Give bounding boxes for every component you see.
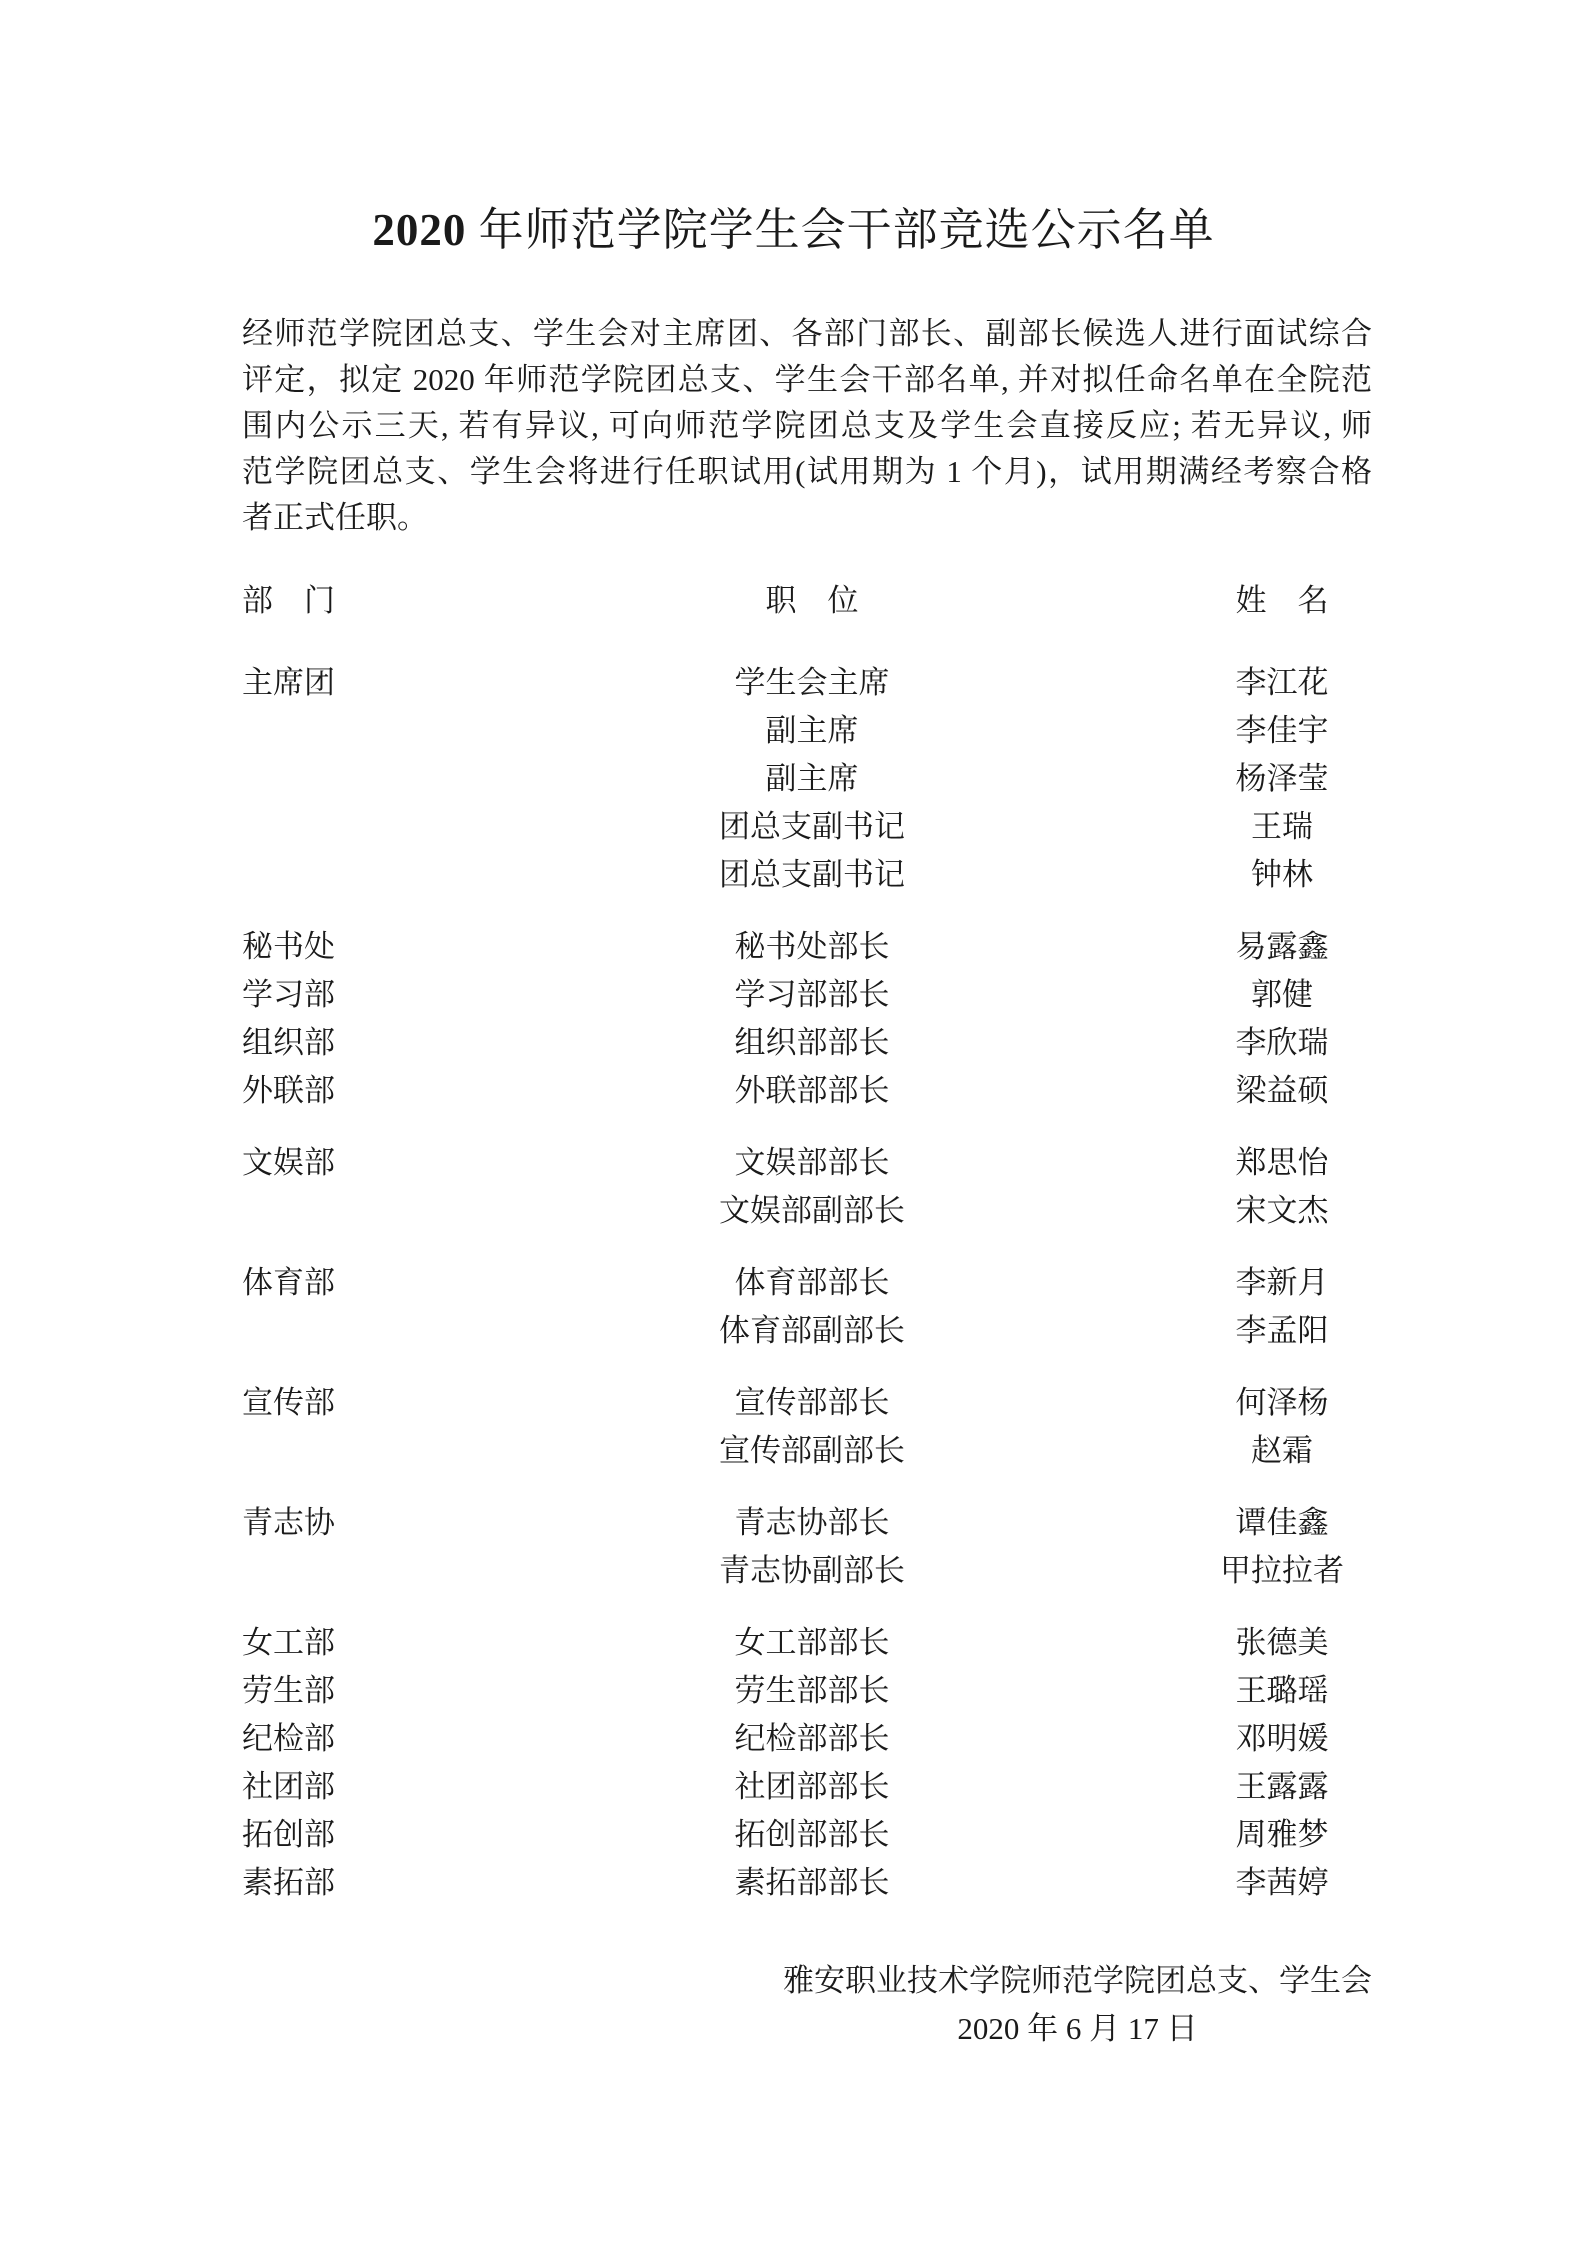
cell-department: 劳生部 (242, 1667, 552, 1715)
cell-name: 赵霜 (1072, 1427, 1492, 1475)
cell-department (242, 1187, 552, 1235)
cell-department (242, 707, 552, 755)
cell-name: 王露露 (1072, 1763, 1492, 1811)
cell-department (242, 803, 552, 851)
col-header-position: 职 位 (552, 577, 1072, 625)
signature-line: 雅安职业技术学院师范学院团总支、学生会 (783, 1957, 1372, 2005)
cell-department: 青志协 (242, 1499, 552, 1547)
cell-name: 李茜婷 (1072, 1859, 1492, 1907)
cell-department: 外联部 (242, 1067, 552, 1115)
cell-position: 青志协副部长 (552, 1547, 1072, 1595)
cell-department (242, 1307, 552, 1355)
cell-name: 宋文杰 (1072, 1187, 1492, 1235)
col-header-name: 姓 名 (1072, 577, 1492, 625)
table-section: 主席团学生会主席李江花副主席李佳宇副主席杨泽莹团总支副书记王瑞团总支副书记钟林 (242, 659, 1587, 899)
intro-paragraph: 经师范学院团总支、学生会对主席团、各部门部长、副部长候选人进行面试综合评定，拟定… (242, 311, 1372, 541)
signature-inner: 雅安职业技术学院师范学院团总支、学生会 2020 年 6 月 17 日 (783, 1957, 1372, 2053)
cell-department (242, 755, 552, 803)
cell-position: 外联部部长 (552, 1067, 1072, 1115)
intro-line: 者正式任职。 (242, 495, 1372, 541)
cell-position: 学习部部长 (552, 971, 1072, 1019)
cell-name: 谭佳鑫 (1072, 1499, 1492, 1547)
cell-department: 宣传部 (242, 1379, 552, 1427)
cell-department: 组织部 (242, 1019, 552, 1067)
cell-position: 劳生部部长 (552, 1667, 1072, 1715)
table-section: 宣传部宣传部部长何泽杨宣传部副部长赵霜 (242, 1379, 1587, 1475)
cell-name: 李佳宇 (1072, 707, 1492, 755)
cell-position: 副主席 (552, 755, 1072, 803)
cell-department: 女工部 (242, 1619, 552, 1667)
roster-table: 部 门 职 位 姓 名 主席团学生会主席李江花副主席李佳宇副主席杨泽莹团总支副书… (242, 577, 1587, 1907)
table-row: 素拓部素拓部部长李茜婷 (242, 1859, 1587, 1907)
cell-name: 易露鑫 (1072, 923, 1492, 971)
table-section: 女工部女工部部长张德美劳生部劳生部部长王璐瑶纪检部纪检部部长邓明媛社团部社团部部… (242, 1619, 1587, 1907)
table-row: 副主席李佳宇 (242, 707, 1587, 755)
table-row: 团总支副书记钟林 (242, 851, 1587, 899)
cell-name: 钟林 (1072, 851, 1492, 899)
cell-position: 女工部部长 (552, 1619, 1072, 1667)
table-row: 女工部女工部部长张德美 (242, 1619, 1587, 1667)
table-row: 体育部体育部部长李新月 (242, 1259, 1587, 1307)
signature-block: 雅安职业技术学院师范学院团总支、学生会 2020 年 6 月 17 日 (242, 1957, 1372, 2053)
cell-position: 体育部副部长 (552, 1307, 1072, 1355)
cell-position: 文娱部部长 (552, 1139, 1072, 1187)
table-section: 文娱部文娱部部长郑思怡文娱部副部长宋文杰 (242, 1139, 1587, 1235)
table-row: 秘书处秘书处部长易露鑫 (242, 923, 1587, 971)
cell-name: 甲拉拉者 (1072, 1547, 1492, 1595)
table-section: 青志协青志协部长谭佳鑫青志协副部长甲拉拉者 (242, 1499, 1587, 1595)
table-row: 纪检部纪检部部长邓明媛 (242, 1715, 1587, 1763)
title-year: 2020 (372, 205, 466, 255)
table-row: 外联部外联部部长梁益硕 (242, 1067, 1587, 1115)
cell-name: 张德美 (1072, 1619, 1492, 1667)
cell-position: 学生会主席 (552, 659, 1072, 707)
cell-department: 文娱部 (242, 1139, 552, 1187)
table-row: 拓创部拓创部部长周雅梦 (242, 1811, 1587, 1859)
cell-department: 主席团 (242, 659, 552, 707)
table-row: 劳生部劳生部部长王璐瑶 (242, 1667, 1587, 1715)
cell-position: 副主席 (552, 707, 1072, 755)
cell-position: 社团部部长 (552, 1763, 1072, 1811)
date-line: 2020 年 6 月 17 日 (783, 2005, 1372, 2053)
table-row: 青志协青志协部长谭佳鑫 (242, 1499, 1587, 1547)
table-row: 宣传部宣传部部长何泽杨 (242, 1379, 1587, 1427)
cell-name: 王璐瑶 (1072, 1667, 1492, 1715)
cell-department (242, 1547, 552, 1595)
table-row: 团总支副书记王瑞 (242, 803, 1587, 851)
cell-name: 郭健 (1072, 971, 1492, 1019)
cell-position: 青志协部长 (552, 1499, 1072, 1547)
cell-name: 梁益硕 (1072, 1067, 1492, 1115)
intro-line: 围内公示三天, 若有异议, 可向师范学院团总支及学生会直接反应; 若无异议, 师 (242, 403, 1372, 449)
cell-department: 体育部 (242, 1259, 552, 1307)
cell-department (242, 851, 552, 899)
cell-position: 文娱部副部长 (552, 1187, 1072, 1235)
table-row: 文娱部文娱部部长郑思怡 (242, 1139, 1587, 1187)
table-row: 文娱部副部长宋文杰 (242, 1187, 1587, 1235)
cell-department: 社团部 (242, 1763, 552, 1811)
cell-name: 李江花 (1072, 659, 1492, 707)
cell-department: 学习部 (242, 971, 552, 1019)
cell-department (242, 1427, 552, 1475)
cell-name: 何泽杨 (1072, 1379, 1492, 1427)
cell-position: 组织部部长 (552, 1019, 1072, 1067)
table-row: 体育部副部长李孟阳 (242, 1307, 1587, 1355)
col-header-department: 部 门 (242, 577, 552, 625)
table-section: 秘书处秘书处部长易露鑫学习部学习部部长郭健组织部组织部部长李欣瑞外联部外联部部长… (242, 923, 1587, 1115)
document-title: 2020 年师范学院学生会干部竞选公示名单 (0, 0, 1587, 257)
table-header-row: 部 门 职 位 姓 名 (242, 577, 1587, 625)
intro-line: 经师范学院团总支、学生会对主席团、各部门部长、副部长候选人进行面试综合 (242, 311, 1372, 357)
cell-position: 团总支副书记 (552, 803, 1072, 851)
table-row: 宣传部副部长赵霜 (242, 1427, 1587, 1475)
title-text: 年师范学院学生会干部竞选公示名单 (466, 205, 1214, 255)
cell-name: 王瑞 (1072, 803, 1492, 851)
document-page: 2020 年师范学院学生会干部竞选公示名单 经师范学院团总支、学生会对主席团、各… (0, 0, 1587, 2245)
table-row: 副主席杨泽莹 (242, 755, 1587, 803)
cell-department: 秘书处 (242, 923, 552, 971)
cell-position: 宣传部部长 (552, 1379, 1072, 1427)
cell-department: 拓创部 (242, 1811, 552, 1859)
intro-line: 范学院团总支、学生会将进行任职试用(试用期为 1 个月)，试用期满经考察合格 (242, 449, 1372, 495)
cell-position: 纪检部部长 (552, 1715, 1072, 1763)
table-body: 主席团学生会主席李江花副主席李佳宇副主席杨泽莹团总支副书记王瑞团总支副书记钟林秘… (242, 659, 1587, 1907)
cell-name: 邓明媛 (1072, 1715, 1492, 1763)
cell-name: 李新月 (1072, 1259, 1492, 1307)
intro-line: 评定，拟定 2020 年师范学院团总支、学生会干部名单, 并对拟任命名单在全院范 (242, 357, 1372, 403)
cell-department: 纪检部 (242, 1715, 552, 1763)
cell-name: 周雅梦 (1072, 1811, 1492, 1859)
table-row: 主席团学生会主席李江花 (242, 659, 1587, 707)
cell-name: 李孟阳 (1072, 1307, 1492, 1355)
cell-department: 素拓部 (242, 1859, 552, 1907)
table-row: 学习部学习部部长郭健 (242, 971, 1587, 1019)
cell-position: 秘书处部长 (552, 923, 1072, 971)
table-section: 体育部体育部部长李新月体育部副部长李孟阳 (242, 1259, 1587, 1355)
cell-name: 郑思怡 (1072, 1139, 1492, 1187)
table-row: 青志协副部长甲拉拉者 (242, 1547, 1587, 1595)
table-row: 社团部社团部部长王露露 (242, 1763, 1587, 1811)
cell-name: 李欣瑞 (1072, 1019, 1492, 1067)
cell-position: 宣传部副部长 (552, 1427, 1072, 1475)
cell-position: 拓创部部长 (552, 1811, 1072, 1859)
cell-name: 杨泽莹 (1072, 755, 1492, 803)
cell-position: 体育部部长 (552, 1259, 1072, 1307)
table-row: 组织部组织部部长李欣瑞 (242, 1019, 1587, 1067)
cell-position: 团总支副书记 (552, 851, 1072, 899)
cell-position: 素拓部部长 (552, 1859, 1072, 1907)
